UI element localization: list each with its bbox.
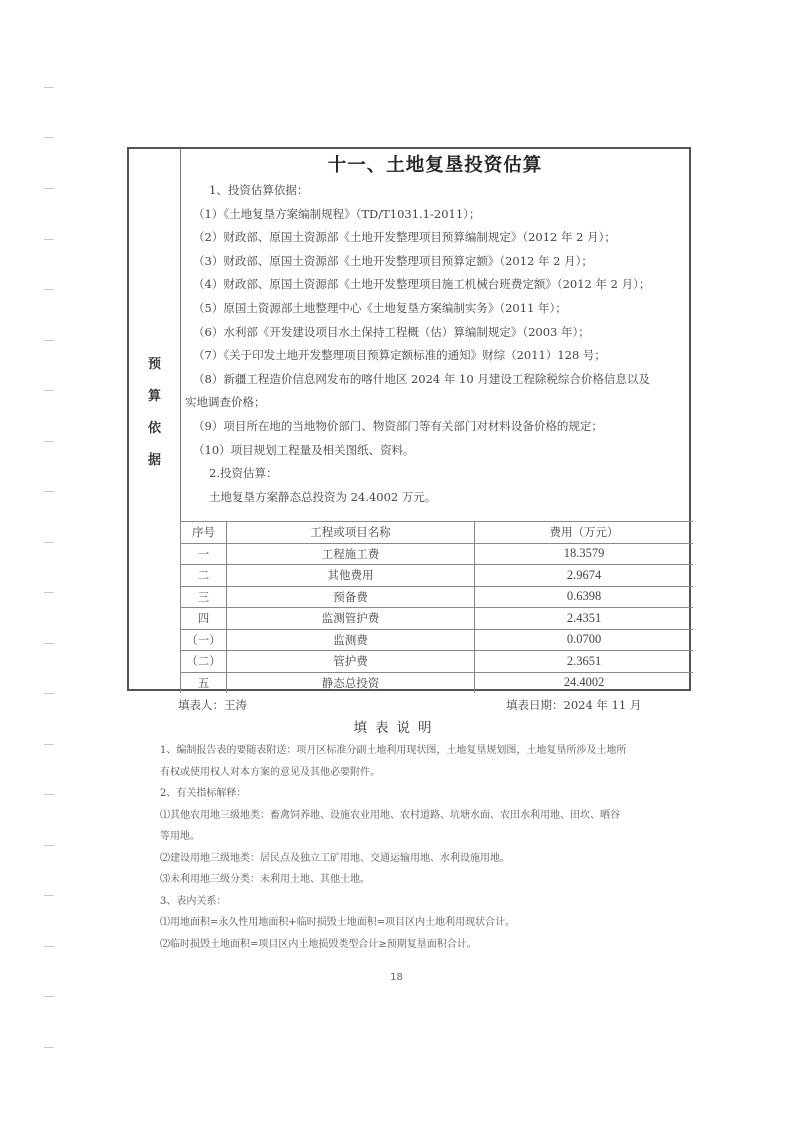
note-line: ⑴用地面积=永久性用地面积+临时损毁土地面积=项目区内土地利用现状合计。: [160, 912, 680, 934]
basis-item: （1）《土地复垦方案编制规程》（TD/T1031.1-2011）；: [181, 203, 689, 227]
basis-item: （9）项目所在地的当地物价部门、物资部门等有关部门对材料设备价格的规定；: [181, 415, 689, 439]
row-no: 五: [181, 672, 227, 693]
row-cost: 2.9674: [475, 565, 694, 587]
table-row: （二） 管护费 2.3651: [181, 651, 694, 673]
row-name: 监测管护费: [227, 608, 475, 630]
side-label-budget-basis: 预 算 依 据: [129, 349, 180, 477]
section1-heading: 1、投资估算依据：: [181, 179, 689, 203]
section2-heading: 2.投资估算：: [181, 462, 689, 486]
header-cost: 费用（万元）: [475, 522, 694, 544]
row-no: （二）: [181, 651, 227, 673]
row-cost: 2.4351: [475, 608, 694, 630]
table-row: （一） 监测费 0.0700: [181, 629, 694, 651]
note-line: 有权或使用权人对本方案的意见及其他必要附件。: [160, 762, 680, 784]
table-row: 四 监测管护费 2.4351: [181, 608, 694, 630]
note-line: ⑵临时损毁土地面积=项目区内土地损毁类型合计≥预期复垦面积合计。: [160, 934, 680, 956]
row-cost: 0.6398: [475, 586, 694, 608]
basis-item-continuation: 实地调查价格；: [181, 391, 689, 415]
content-area: 十一、土地复垦投资估算 1、投资估算依据： （1）《土地复垦方案编制规程》（TD…: [181, 149, 689, 689]
row-no: （一）: [181, 629, 227, 651]
note-line: 等用地。: [160, 826, 680, 848]
notes-block: 1、编制报告表的要随表附送：项月区标准分副土地利用现状图，土地复垦规划图，土地复…: [160, 740, 680, 955]
row-name: 其他费用: [227, 565, 475, 587]
binding-margin-marks: [44, 0, 56, 1122]
row-no: 一: [181, 543, 227, 565]
table-header-row: 序号 工程或项目名称 费用（万元）: [181, 522, 694, 544]
row-no: 三: [181, 586, 227, 608]
note-line: ⑶未利用地三级分类：未利用土地、其他土地。: [160, 869, 680, 891]
side-label-char: 依: [148, 413, 161, 445]
basis-item: （5）原国土资源部土地整理中心《土地复垦方案编制实务》（2011 年）；: [181, 297, 689, 321]
row-cost: 18.3579: [475, 543, 694, 565]
basis-item: （10）项目规划工程量及相关图纸、资料。: [181, 439, 689, 463]
row-name: 管护费: [227, 651, 475, 673]
row-no: 四: [181, 608, 227, 630]
basis-item: （4）财政部、原国土资源部《土地开发整理项目施工机械台班费定额》（2012 年 …: [181, 273, 689, 297]
table-row: 二 其他费用 2.9674: [181, 565, 694, 587]
side-column: 预 算 依 据: [129, 149, 181, 689]
row-cost: 2.3651: [475, 651, 694, 673]
basis-item: （3）财政部、原国土资源部《土地开发整理项目预算定额》（2012 年 2 月）；: [181, 250, 689, 274]
note-line: ⑴其他农用地三级地类：畜禽饲养地、设施农业用地、农村道路、坑塘水面、农田水利用地…: [160, 805, 680, 827]
table-row-total: 五 静态总投资 24.4002: [181, 672, 694, 693]
side-label-char: 算: [148, 381, 161, 413]
table-row: 三 预备费 0.6398: [181, 586, 694, 608]
basis-item: （6）水利部《开发建设项目水土保持工程概（估）算编制规定》（2003 年）；: [181, 321, 689, 345]
header-name: 工程或项目名称: [227, 522, 475, 544]
row-name: 工程施工费: [227, 543, 475, 565]
header-no: 序号: [181, 522, 227, 544]
investment-summary: 土地复垦方案静态总投资为 24.4002 万元。: [181, 486, 689, 510]
basis-item: （8）新疆工程造价信息网发布的喀什地区 2024 年 10 月建设工程除税综合价…: [181, 368, 689, 392]
row-name: 监测费: [227, 629, 475, 651]
note-line: 3、表内关系：: [160, 891, 680, 913]
filler-person: 填表人：王涛: [178, 697, 247, 713]
row-name: 预备费: [227, 586, 475, 608]
row-cost: 0.0700: [475, 629, 694, 651]
section-title: 十一、土地复垦投资估算: [181, 153, 689, 179]
table-row: 一 工程施工费 18.3579: [181, 543, 694, 565]
filler-date: 填表日期：2024 年 11 月: [506, 697, 641, 713]
row-cost: 24.4002: [475, 672, 694, 693]
basis-item: （2）财政部、原国土资源部《土地开发整理项目预算编制规定》（2012 年 2 月…: [181, 226, 689, 250]
note-line: 2、有关指标解释：: [160, 783, 680, 805]
basis-item: （7）《关于印发土地开发整理项目预算定额标准的通知》财综（2011）128 号；: [181, 344, 689, 368]
cost-table: 序号 工程或项目名称 费用（万元） 一 工程施工费 18.3579 二 其他费用…: [180, 521, 693, 693]
page-number: 18: [0, 972, 793, 983]
note-line: 1、编制报告表的要随表附送：项月区标准分副土地利用现状图，土地复垦规划图，土地复…: [160, 740, 680, 762]
notes-title: 填表说明: [0, 716, 793, 736]
row-name: 静态总投资: [227, 672, 475, 693]
note-line: ⑵建设用地三级地类：居民点及独立工矿用地、交通运输用地、水利设施用地。: [160, 848, 680, 870]
side-label-char: 据: [148, 445, 161, 477]
side-label-char: 预: [148, 349, 161, 381]
budget-basis-frame: 预 算 依 据 十一、土地复垦投资估算 1、投资估算依据： （1）《土地复垦方案…: [127, 147, 691, 691]
row-no: 二: [181, 565, 227, 587]
